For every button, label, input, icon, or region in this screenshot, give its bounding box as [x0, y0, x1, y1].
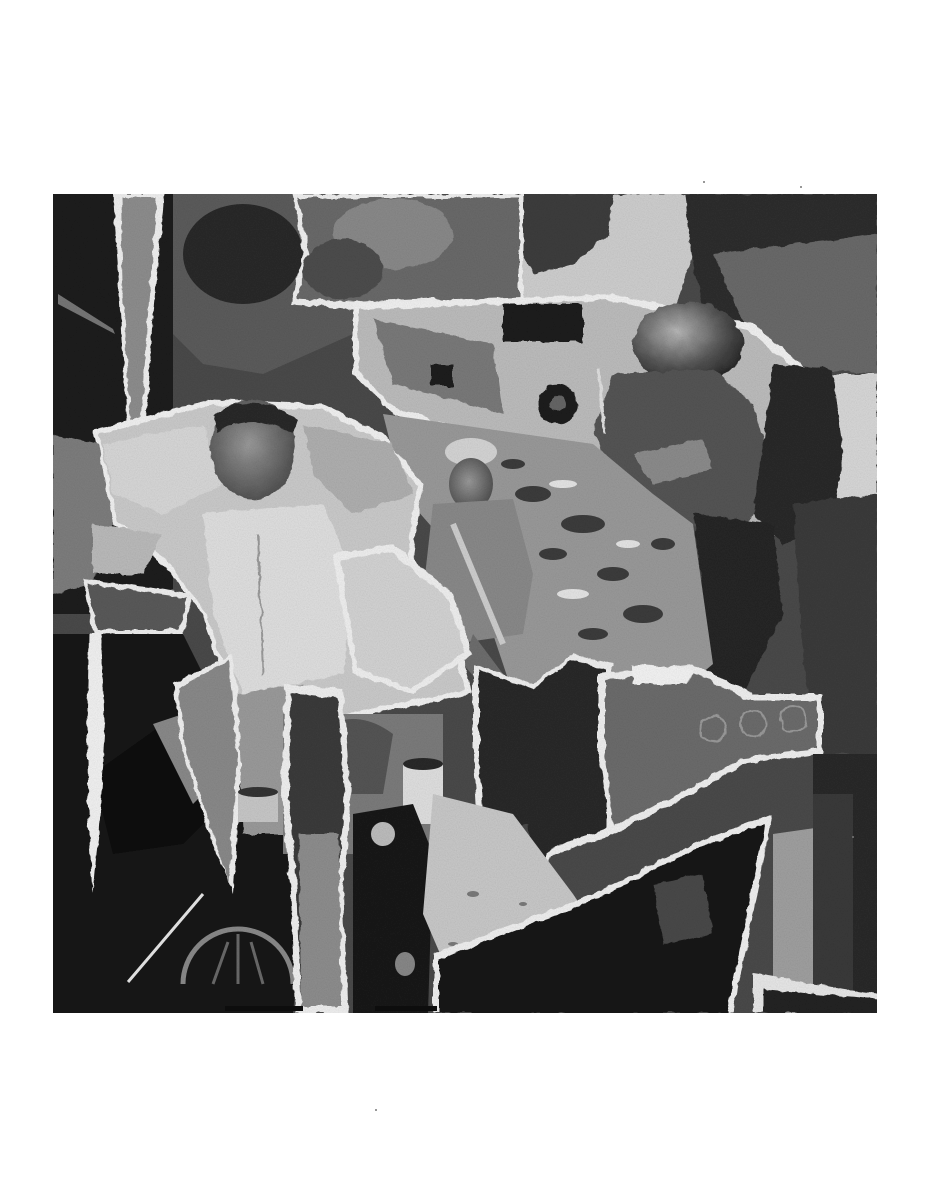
dust-speck	[703, 181, 705, 183]
piece-dark-figure-lower-center	[353, 804, 433, 1013]
dust-speck	[852, 836, 854, 838]
dust-speck	[800, 186, 802, 188]
bottom-bar-right	[375, 1006, 437, 1011]
collage-canvas	[53, 194, 877, 1013]
collage-artwork	[53, 194, 877, 1013]
bottom-bar-left	[225, 1006, 303, 1011]
dust-speck	[375, 1109, 377, 1111]
